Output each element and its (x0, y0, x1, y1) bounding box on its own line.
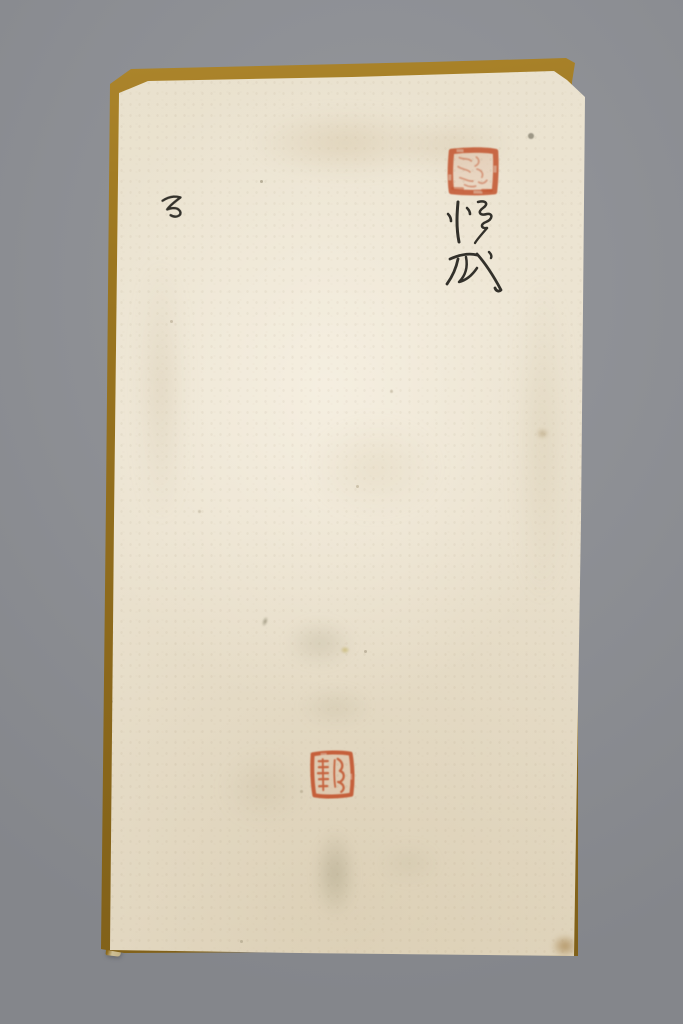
yellow-fleck (340, 646, 350, 654)
paper-specks (260, 180, 263, 183)
photograph (0, 0, 683, 1024)
lower-seal-stamp (307, 748, 358, 802)
stain-right-band (516, 280, 568, 600)
brown-dot (536, 428, 549, 439)
stain-mid-gray (284, 618, 356, 668)
title-calligraphy-ink (442, 197, 504, 297)
stain-center (310, 420, 440, 515)
dark-fleck (260, 615, 269, 627)
upper-seal-stamp (442, 144, 502, 199)
stain-left-of-seal (222, 752, 306, 824)
smudge-below-seal (312, 826, 358, 920)
stain-left-band (138, 260, 184, 520)
dark-speck-top (528, 133, 534, 139)
index-mark-yi-ink (159, 191, 187, 221)
stain-mid-lower (298, 686, 372, 728)
stain-lower-right (378, 842, 440, 884)
